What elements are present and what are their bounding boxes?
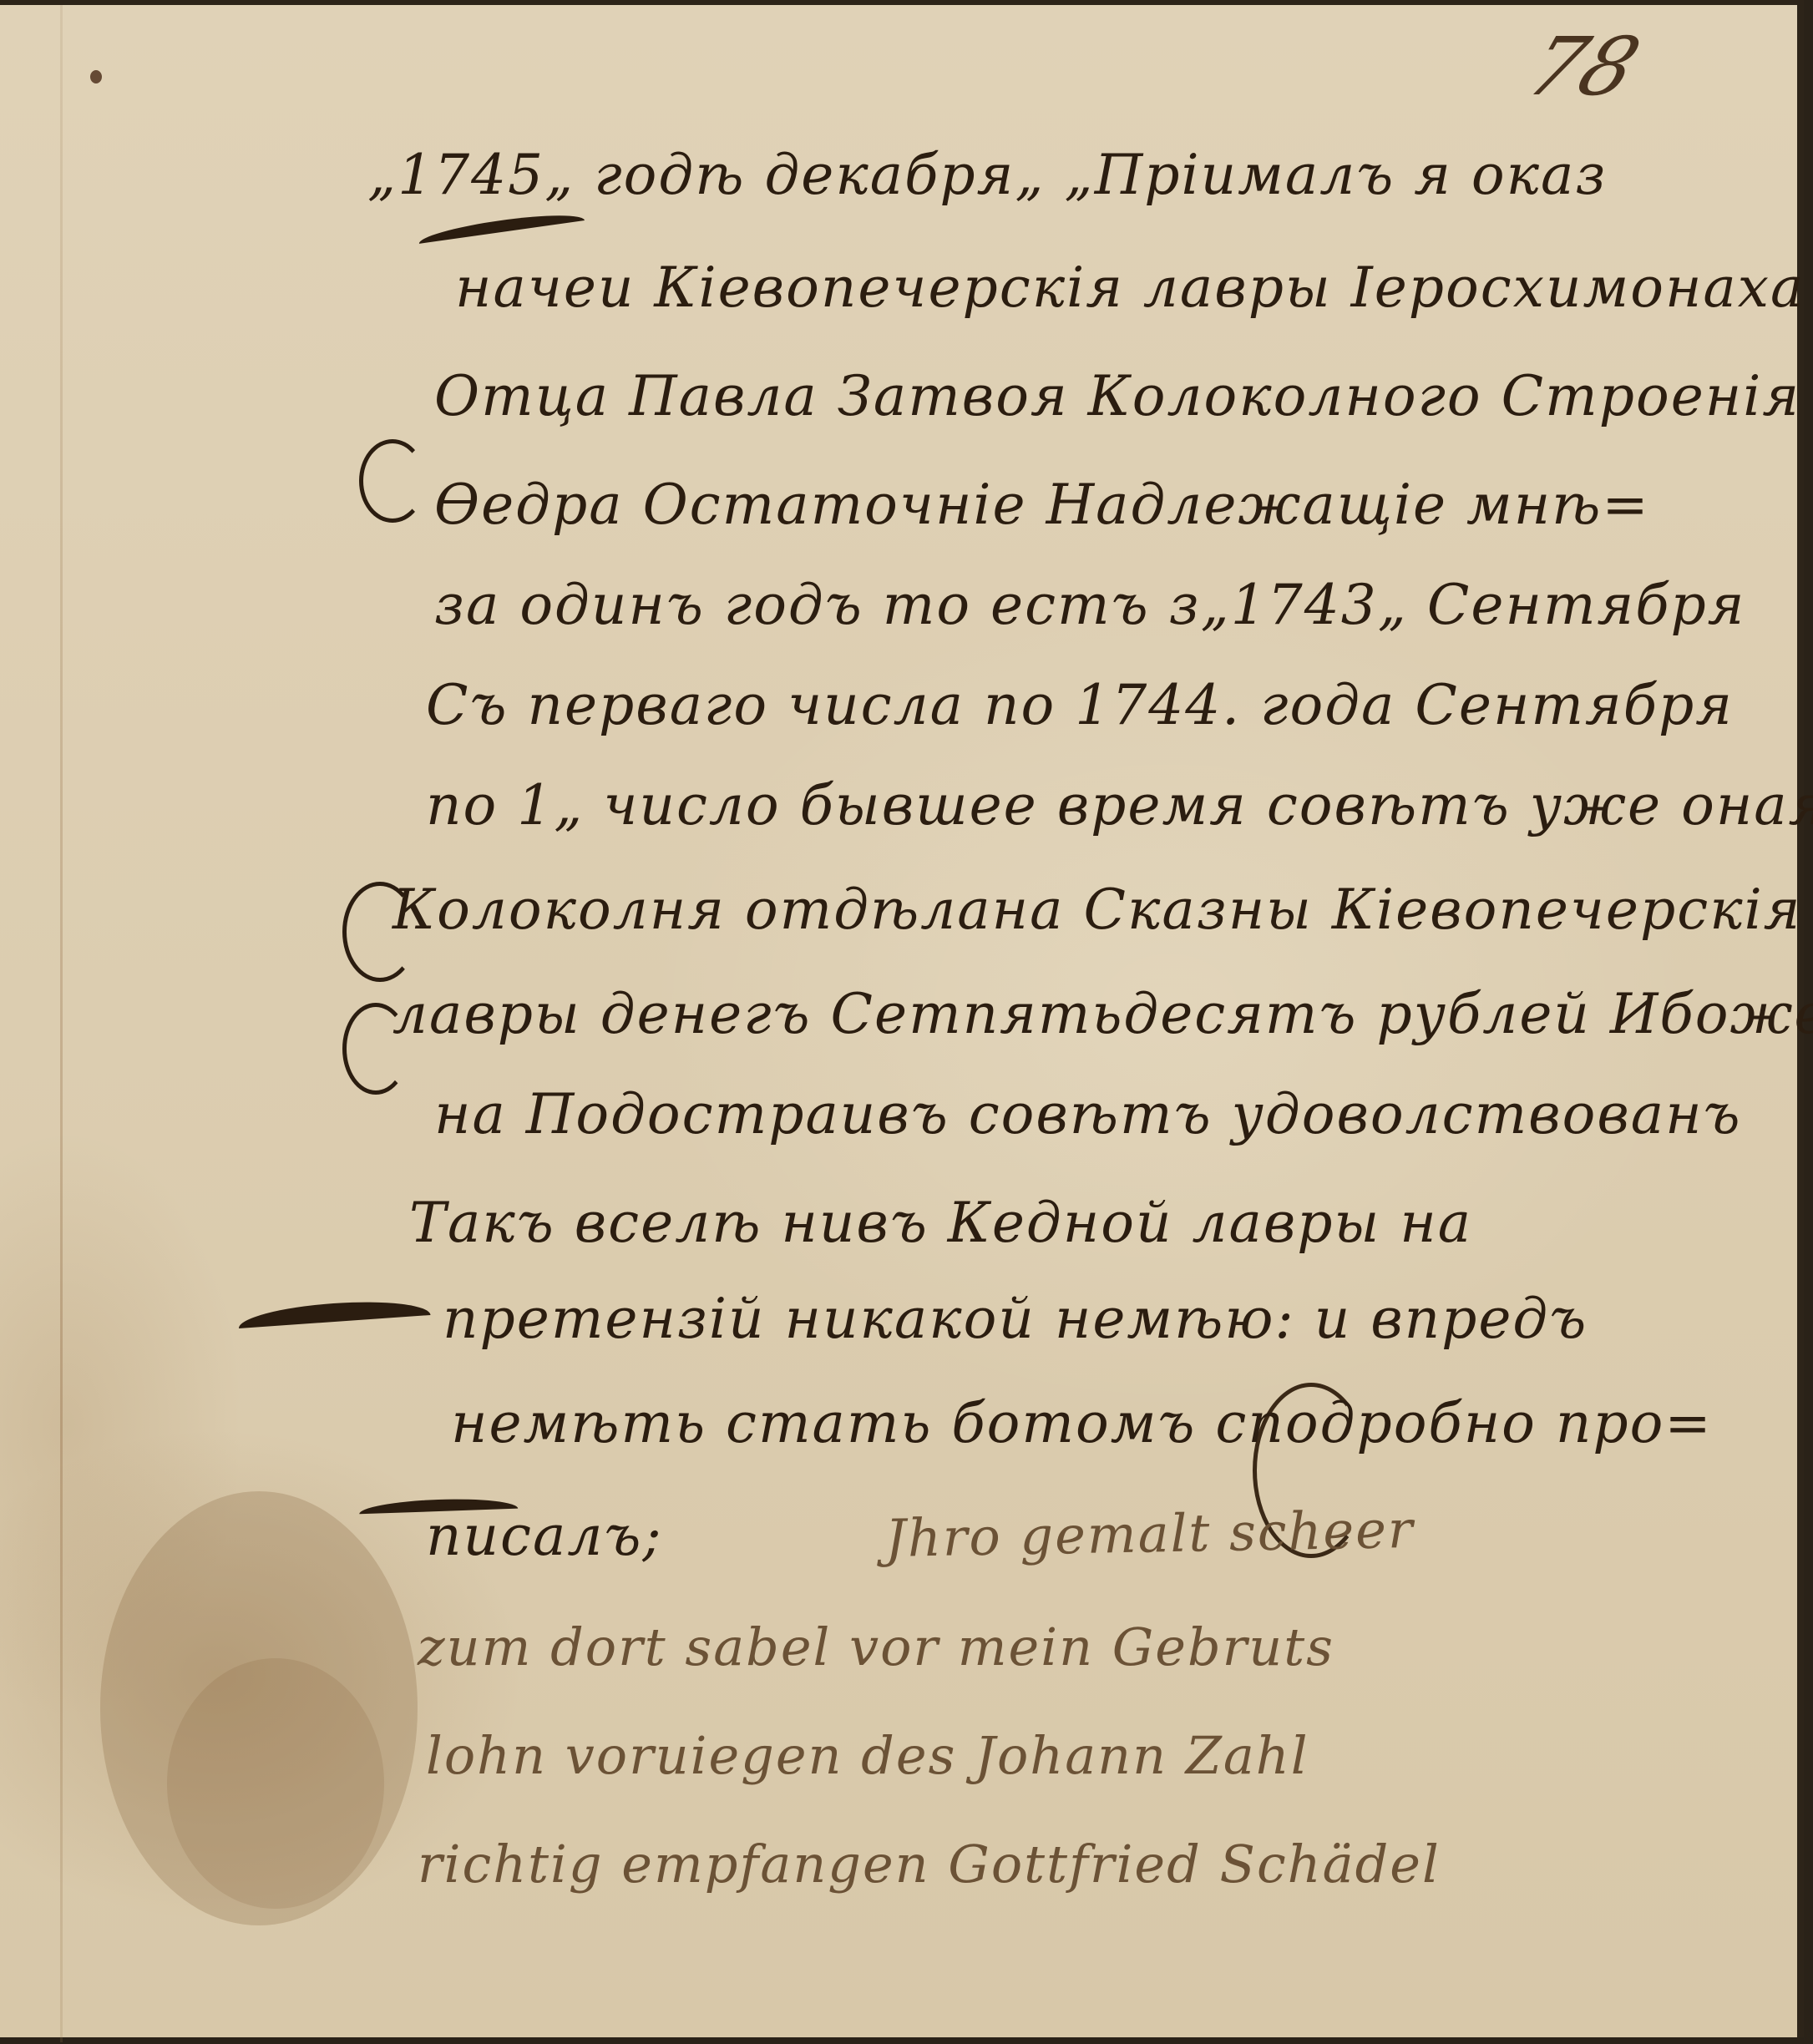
pen-flourish: [418, 209, 585, 244]
text-line-7: по 1„ число бывшее время совѣтъ уже оная: [426, 773, 1813, 837]
text-line-1: „1745„ годѣ декабря„ „Пріималъ я оказ: [367, 143, 1607, 207]
manuscript-page: 78 „1745„ годѣ декабря„ „Пріималъ я оказ…: [0, 0, 1804, 2037]
pen-loop: [359, 439, 426, 523]
text-line-11: Такъ вселѣ нивъ Кедной лавры на: [409, 1191, 1472, 1255]
text-line-12: претензій никакой немѣю: и впредъ: [443, 1287, 1588, 1351]
ink-blot: [90, 70, 102, 83]
folio-number: 78: [1516, 20, 1652, 114]
text-line-4: Ѳедра Остаточніе Надлежащіе мнѣ=: [434, 473, 1650, 537]
text-line-13: немѣть стать ботомъ сподробно про=: [451, 1391, 1713, 1455]
text-line-9: лавры денегъ Сетпятьдесятъ рублей Ибоже …: [392, 982, 1813, 1046]
water-stain: [167, 1658, 384, 1909]
text-line-5: за одинъ годъ то естъ з„1743„ Сентября: [434, 573, 1745, 637]
signature-line-1: Jhro gemalt scheer: [884, 1499, 1415, 1569]
text-line-2: начеи Кіевопечерскія лавры Іеросхимонаха: [455, 255, 1805, 320]
text-line-10: на Подостраивъ совѣтъ удоволствованъ: [434, 1082, 1742, 1146]
text-line-8: Колоколня отдѣлана Сказны Кіевопечерскія: [392, 878, 1801, 942]
paper-fold-line: [60, 5, 63, 2042]
signature-line-2: zum dort sabel vor mein Gebruts: [418, 1616, 1334, 1677]
signature-line-3: lohn voruiegen des Johann Zahl: [426, 1725, 1309, 1786]
signature-line-4: richtig empfangen Gottfried Schädel: [418, 1834, 1441, 1895]
text-line-14: писалъ;: [426, 1504, 663, 1568]
pen-flourish: [238, 1297, 431, 1328]
text-line-3: Отца Павла Затвоя Колоколного Строенія: [434, 364, 1800, 428]
text-line-6: Съ перваго числа по 1744. года Сентября: [426, 673, 1734, 737]
